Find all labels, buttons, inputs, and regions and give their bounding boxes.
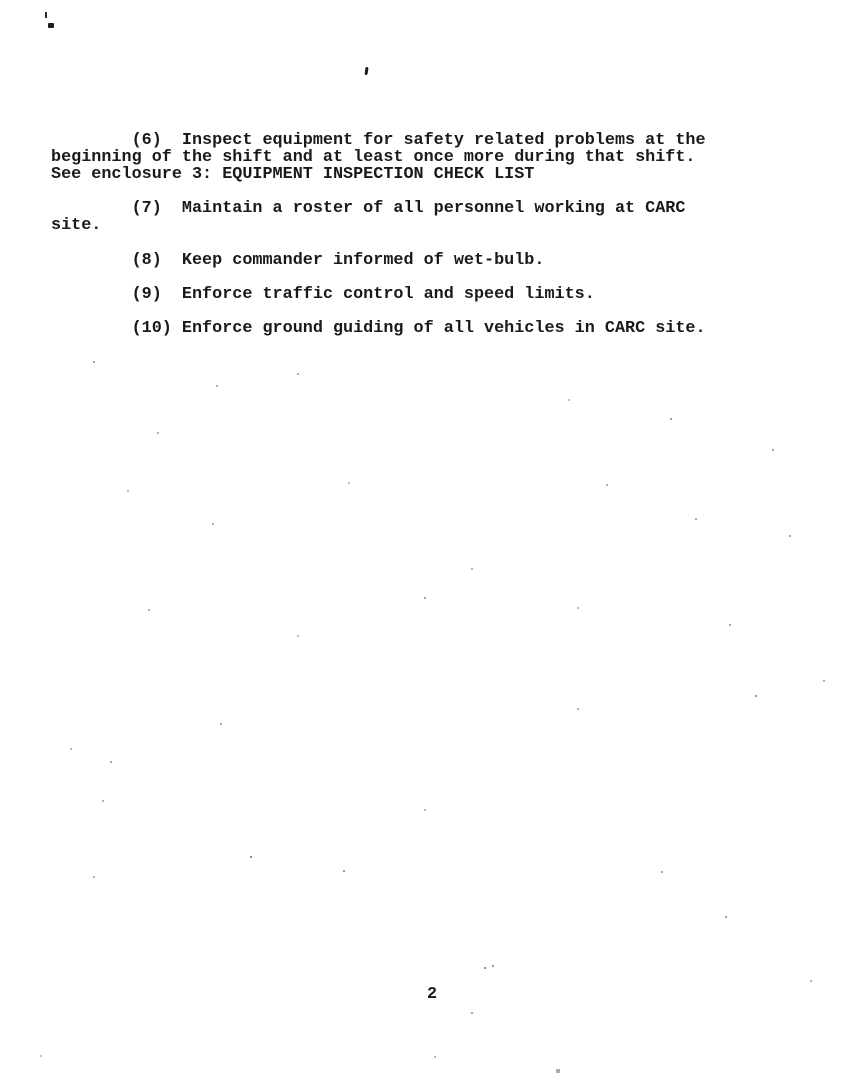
text-line: (9) Enforce traffic control and speed li…: [51, 286, 706, 303]
paragraph-item-8: (8) Keep commander informed of wet-bulb.: [51, 252, 706, 269]
document-page: (6) Inspect equipment for safety related…: [0, 0, 848, 1088]
body-text: (6) Inspect equipment for safety related…: [51, 132, 706, 337]
scan-artifact-tick: [45, 12, 47, 18]
paragraph-item-6: (6) Inspect equipment for safety related…: [51, 132, 706, 183]
text-line: (10) Enforce ground guiding of all vehic…: [51, 320, 706, 337]
text-line: (6) Inspect equipment for safety related…: [51, 132, 706, 149]
text-line: (8) Keep commander informed of wet-bulb.: [51, 252, 706, 269]
text-line: beginning of the shift and at least once…: [51, 149, 706, 166]
text-line: See enclosure 3: EQUIPMENT INSPECTION CH…: [51, 166, 706, 183]
paragraph-item-10: (10) Enforce ground guiding of all vehic…: [51, 320, 706, 337]
scan-noise-dots: [0, 0, 2, 2]
paragraph-item-9: (9) Enforce traffic control and speed li…: [51, 286, 706, 303]
scan-artifact-apostrophe: [364, 67, 368, 75]
paragraph-item-7: (7) Maintain a roster of all personnel w…: [51, 200, 706, 234]
scan-artifact-blob: [48, 23, 54, 28]
text-line: site.: [51, 217, 706, 234]
page-number: 2: [427, 986, 437, 1003]
text-line: (7) Maintain a roster of all personnel w…: [51, 200, 706, 217]
